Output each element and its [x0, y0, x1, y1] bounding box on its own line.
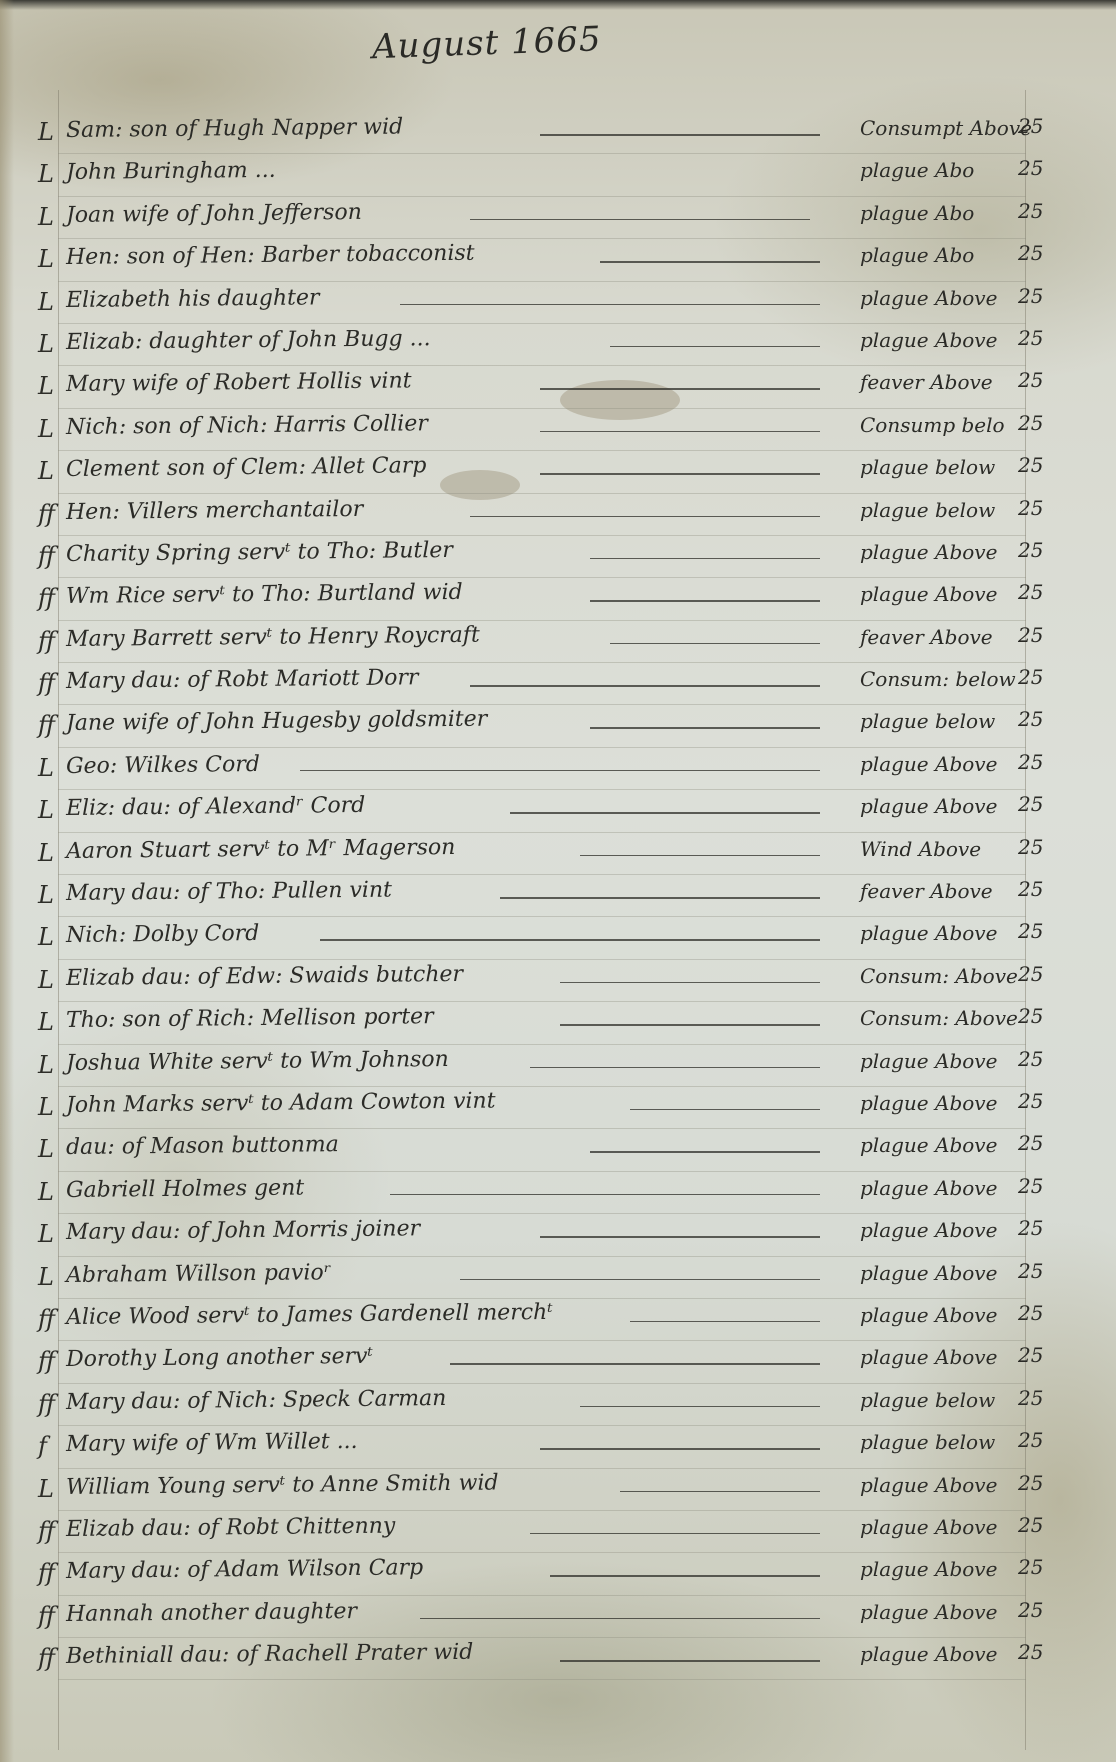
entry-day: 25	[1018, 199, 1043, 223]
entry-cause: Consumpt Above	[860, 116, 1032, 140]
entry-name: Geo: Wilkes Cord	[66, 752, 260, 779]
entry-cause: plague Above	[860, 1176, 997, 1200]
dash-line	[470, 685, 820, 687]
margin-mark: ff	[38, 1602, 60, 1630]
entry-cause: Consum: Above	[860, 964, 1018, 988]
dash-line	[470, 219, 810, 221]
entry-row: LJohn Buringham ...plague Abo25	[0, 154, 1116, 196]
entry-row: ffHen: Villers merchantailorplague below…	[0, 494, 1116, 536]
entry-cause: plague below	[860, 455, 995, 479]
entry-cause: plague Above	[860, 1345, 997, 1369]
dash-line	[580, 1406, 820, 1408]
entry-row: LGeo: Wilkes Cordplague Above25	[0, 748, 1116, 790]
entry-cause: plague Abo	[860, 158, 974, 182]
entry-row: LElizab: daughter of John Bugg ...plague…	[0, 324, 1116, 366]
entry-day: 25	[1018, 623, 1043, 647]
margin-mark: L	[38, 923, 60, 951]
entry-day: 25	[1018, 1259, 1043, 1283]
entry-day: 25	[1018, 538, 1043, 562]
entry-day: 25	[1018, 1598, 1043, 1622]
entry-name: Mary dau: of Adam Wilson Carp	[66, 1556, 423, 1585]
entry-name: Hen: Villers merchantailor	[66, 496, 363, 524]
entry-row: fMary wife of Wm Willet ...plague below2…	[0, 1426, 1116, 1468]
dash-line	[610, 643, 820, 645]
margin-mark: L	[38, 881, 60, 909]
margin-mark: L	[38, 1220, 60, 1248]
entry-cause: plague below	[860, 1430, 995, 1454]
dash-line	[540, 1448, 820, 1450]
entry-name: Mary dau: of Tho: Pullen vint	[66, 878, 392, 906]
dash-line	[590, 558, 820, 560]
entry-day: 25	[1018, 1386, 1043, 1410]
entry-row: LTho: son of Rich: Mellison porterConsum…	[0, 1002, 1116, 1044]
entry-name: Nich: son of Nich: Harris Collier	[66, 411, 428, 440]
margin-mark: L	[38, 457, 60, 485]
entry-row: LMary wife of Robert Hollis vintfeaver A…	[0, 366, 1116, 408]
entry-cause: plague below	[860, 498, 995, 522]
entry-name: Mary dau: of Nich: Speck Carman	[66, 1386, 447, 1415]
entry-row: LElizab dau: of Edw: Swaids butcherConsu…	[0, 960, 1116, 1002]
entry-row: LEliz: dau: of Alexandʳ Cordplague Above…	[0, 790, 1116, 832]
entry-cause: plague Abo	[860, 201, 974, 225]
entry-name: Mary dau: of John Morris joiner	[66, 1216, 420, 1245]
dash-line	[630, 1109, 820, 1111]
entry-name: Dorothy Long another servᵗ	[66, 1344, 373, 1372]
entry-row: LElizabeth his daughterplague Above25	[0, 282, 1116, 324]
entry-name: Bethiniall dau: of Rachell Prater wid	[66, 1640, 474, 1669]
entry-cause: plague Above	[860, 1515, 997, 1539]
dash-line	[590, 600, 820, 602]
entry-day: 25	[1018, 1174, 1043, 1198]
entry-row: ffElizab dau: of Robt Chittennyplague Ab…	[0, 1511, 1116, 1553]
entry-cause: plague Above	[860, 328, 997, 352]
entry-name: Gabriell Holmes gent	[66, 1175, 304, 1202]
margin-mark: ff	[38, 711, 60, 739]
margin-mark: ff	[38, 669, 60, 697]
entry-cause: plague Above	[860, 1091, 997, 1115]
entry-cause: plague Above	[860, 540, 997, 564]
margin-mark: L	[38, 1475, 60, 1503]
entry-name: Hannah another daughter	[66, 1599, 357, 1627]
entry-day: 25	[1018, 496, 1043, 520]
dash-line	[530, 1067, 820, 1069]
margin-mark: L	[38, 1263, 60, 1291]
margin-mark: L	[38, 1051, 60, 1079]
dash-line	[530, 1533, 820, 1535]
entry-name: Joan wife of John Jefferson	[66, 200, 362, 228]
entry-row: LNich: Dolby Cordplague Above25	[0, 917, 1116, 959]
entry-cause: plague Abo	[860, 243, 974, 267]
entry-cause: Consum: Above	[860, 1006, 1018, 1030]
entry-cause: feaver Above	[860, 370, 993, 394]
entry-row: LJoan wife of John Jeffersonplague Abo25	[0, 197, 1116, 239]
entry-cause: plague Above	[860, 1133, 997, 1157]
margin-mark: L	[38, 1178, 60, 1206]
margin-mark: L	[38, 203, 60, 231]
dash-line	[620, 1491, 820, 1493]
dash-line	[300, 770, 820, 772]
margin-mark: L	[38, 1135, 60, 1163]
margin-mark: ff	[38, 1517, 60, 1545]
entry-cause: plague Above	[860, 752, 997, 776]
entry-row: L dau: of Mason buttonmaplague Above25	[0, 1129, 1116, 1171]
entry-day: 25	[1018, 1471, 1043, 1495]
ruled-line	[58, 1679, 1026, 1680]
dash-line	[610, 346, 820, 348]
entry-day: 25	[1018, 580, 1043, 604]
entry-day: 25	[1018, 1640, 1043, 1664]
margin-mark: L	[38, 966, 60, 994]
dash-line	[510, 812, 820, 814]
entry-name: Wm Rice servᵗ to Tho: Burtland wid	[66, 580, 463, 609]
entry-cause: plague Above	[860, 1049, 997, 1073]
dash-line	[540, 1236, 820, 1238]
dash-line	[600, 261, 820, 263]
entry-name: John Marks servᵗ to Adam Cowton vint	[66, 1088, 496, 1117]
entry-row: LClement son of Clem: Allet Carpplague b…	[0, 451, 1116, 493]
entry-cause: Wind Above	[860, 837, 981, 861]
entry-row: ffAlice Wood servᵗ to James Gardenell me…	[0, 1299, 1116, 1341]
dash-line	[630, 1321, 820, 1323]
entry-cause: feaver Above	[860, 879, 993, 903]
entry-day: 25	[1018, 707, 1043, 731]
entry-day: 25	[1018, 114, 1043, 138]
dash-line	[560, 1024, 820, 1026]
entry-row: LWilliam Young servᵗ to Anne Smith widpl…	[0, 1469, 1116, 1511]
entry-row: LHen: son of Hen: Barber tobacconistplag…	[0, 239, 1116, 281]
entry-day: 25	[1018, 750, 1043, 774]
margin-mark: L	[38, 754, 60, 782]
entry-cause: plague Above	[860, 582, 997, 606]
margin-mark: ff	[38, 1305, 60, 1333]
entry-row: ffJane wife of John Hugesby goldsmiterpl…	[0, 705, 1116, 747]
entry-cause: plague Above	[860, 1473, 997, 1497]
entry-cause: feaver Above	[860, 625, 993, 649]
margin-mark: ff	[38, 1390, 60, 1418]
entry-name: Nich: Dolby Cord	[66, 921, 260, 948]
entry-name: Elizabeth his daughter	[66, 285, 320, 313]
margin-mark: L	[38, 330, 60, 358]
entry-cause: plague Above	[860, 1642, 997, 1666]
dash-line	[580, 855, 820, 857]
entry-day: 25	[1018, 1513, 1043, 1537]
entry-name: Mary wife of Wm Willet ...	[66, 1429, 358, 1457]
entry-row: ffMary dau: of Nich: Speck Carmanplague …	[0, 1384, 1116, 1426]
entry-cause: plague below	[860, 709, 995, 733]
entry-day: 25	[1018, 368, 1043, 392]
dash-line	[560, 982, 820, 984]
dash-line	[420, 1618, 820, 1620]
entry-row: ffMary Barrett servᵗ to Henry Roycraftfe…	[0, 621, 1116, 663]
entry-row: LMary dau: of Tho: Pullen vintfeaver Abo…	[0, 875, 1116, 917]
entry-day: 25	[1018, 1089, 1043, 1113]
entry-day: 25	[1018, 284, 1043, 308]
entry-name: Eliz: dau: of Alexandʳ Cord	[66, 793, 366, 821]
entry-name: dau: of Mason buttonma	[66, 1133, 339, 1161]
dash-line	[540, 388, 820, 390]
margin-mark: L	[38, 118, 60, 146]
entry-name: John Buringham ...	[66, 158, 276, 185]
entry-day: 25	[1018, 1555, 1043, 1579]
margin-mark: L	[38, 1093, 60, 1121]
dash-line	[540, 431, 820, 433]
entry-row: LMary dau: of John Morris joinerplague A…	[0, 1214, 1116, 1256]
entry-row: ffCharity Spring servᵗ to Tho: Butlerpla…	[0, 536, 1116, 578]
entry-row: LGabriell Holmes gentplague Above25	[0, 1172, 1116, 1214]
entry-name: Mary Barrett servᵗ to Henry Roycraft	[66, 622, 480, 651]
entry-day: 25	[1018, 453, 1043, 477]
margin-mark: ff	[38, 1347, 60, 1375]
entry-day: 25	[1018, 1047, 1043, 1071]
entry-day: 25	[1018, 1428, 1043, 1452]
entry-name: Mary wife of Robert Hollis vint	[66, 369, 412, 398]
entry-row: ffMary dau: of Robt Mariott DorrConsum: …	[0, 663, 1116, 705]
manuscript-page: August 1665 LSam: son of Hugh Napper wid…	[0, 0, 1116, 1762]
entry-name: Joshua White servᵗ to Wm Johnson	[66, 1047, 449, 1076]
entry-day: 25	[1018, 919, 1043, 943]
entry-day: 25	[1018, 1343, 1043, 1367]
entry-cause: plague Above	[860, 794, 997, 818]
dash-line	[470, 516, 820, 518]
burial-entries: LSam: son of Hugh Napper widConsumpt Abo…	[0, 112, 1116, 1680]
page-top-edge	[0, 0, 1116, 10]
entry-name: Elizab dau: of Edw: Swaids butcher	[66, 962, 463, 991]
margin-mark: L	[38, 796, 60, 824]
entry-row: LJohn Marks servᵗ to Adam Cowton vintpla…	[0, 1087, 1116, 1129]
entry-name: Alice Wood servᵗ to James Gardenell merc…	[66, 1300, 553, 1330]
entry-name: Elizab: daughter of John Bugg ...	[66, 326, 431, 355]
entry-name: Sam: son of Hugh Napper wid	[66, 114, 403, 143]
entry-name: Abraham Willson pavioʳ	[66, 1260, 332, 1288]
page-heading: August 1665	[371, 17, 672, 67]
entry-row: ffBethiniall dau: of Rachell Prater widp…	[0, 1638, 1116, 1680]
margin-mark: ff	[38, 500, 60, 528]
entry-name: Jane wife of John Hugesby goldsmiter	[66, 707, 487, 736]
entry-day: 25	[1018, 1131, 1043, 1155]
entry-day: 25	[1018, 411, 1043, 435]
entry-day: 25	[1018, 1301, 1043, 1325]
entry-name: Hen: son of Hen: Barber tobacconist	[66, 241, 475, 270]
margin-mark: L	[38, 1008, 60, 1036]
entry-cause: plague Above	[860, 1261, 997, 1285]
dash-line	[450, 1363, 820, 1365]
dash-line	[500, 897, 820, 899]
entry-cause: plague Above	[860, 1303, 997, 1327]
dash-line	[400, 304, 820, 306]
entry-cause: plague Above	[860, 921, 997, 945]
entry-row: LJoshua White servᵗ to Wm Johnsonplague …	[0, 1045, 1116, 1087]
entry-day: 25	[1018, 1004, 1043, 1028]
entry-day: 25	[1018, 792, 1043, 816]
entry-day: 25	[1018, 962, 1043, 986]
dash-line	[540, 134, 820, 136]
entry-row: LAaron Stuart servᵗ to Mʳ MagersonWind A…	[0, 833, 1116, 875]
entry-day: 25	[1018, 665, 1043, 689]
dash-line	[590, 1151, 820, 1153]
entry-row: ffDorothy Long another servᵗplague Above…	[0, 1341, 1116, 1383]
entry-day: 25	[1018, 156, 1043, 180]
entry-cause: plague below	[860, 1388, 995, 1412]
entry-name: Clement son of Clem: Allet Carp	[66, 453, 427, 482]
dash-line	[590, 727, 820, 729]
dash-line	[460, 1279, 820, 1281]
dash-line	[540, 473, 820, 475]
dash-line	[550, 1575, 820, 1577]
margin-mark: ff	[38, 1644, 60, 1672]
entry-day: 25	[1018, 326, 1043, 350]
margin-mark: L	[38, 372, 60, 400]
entry-row: ffHannah another daughterplague Above25	[0, 1596, 1116, 1638]
margin-mark: L	[38, 288, 60, 316]
entry-name: Aaron Stuart servᵗ to Mʳ Magerson	[66, 835, 456, 864]
entry-name: William Young servᵗ to Anne Smith wid	[66, 1470, 499, 1500]
margin-mark: L	[38, 415, 60, 443]
margin-mark: L	[38, 160, 60, 188]
entry-row: LSam: son of Hugh Napper widConsumpt Abo…	[0, 112, 1116, 154]
margin-mark: ff	[38, 627, 60, 655]
dash-line	[390, 1194, 820, 1196]
entry-name: Mary dau: of Robt Mariott Dorr	[66, 665, 419, 694]
entry-row: ffWm Rice servᵗ to Tho: Burtland widplag…	[0, 578, 1116, 620]
entry-name: Charity Spring servᵗ to Tho: Butler	[66, 538, 453, 567]
margin-mark: ff	[38, 542, 60, 570]
entry-day: 25	[1018, 241, 1043, 265]
margin-mark: f	[38, 1432, 60, 1460]
entry-day: 25	[1018, 1216, 1043, 1240]
margin-mark: ff	[38, 584, 60, 612]
entry-row: LAbraham Willson pavioʳplague Above25	[0, 1257, 1116, 1299]
entry-row: LNich: son of Nich: Harris CollierConsum…	[0, 409, 1116, 451]
entry-name: Elizab dau: of Robt Chittenny	[66, 1513, 396, 1541]
entry-row: ffMary dau: of Adam Wilson Carpplague Ab…	[0, 1553, 1116, 1595]
margin-mark: L	[38, 245, 60, 273]
margin-mark: ff	[38, 1559, 60, 1587]
entry-cause: plague Above	[860, 1557, 997, 1581]
entry-cause: plague Above	[860, 286, 997, 310]
entry-day: 25	[1018, 835, 1043, 859]
dash-line	[560, 1660, 820, 1662]
entry-name: Tho: son of Rich: Mellison porter	[66, 1004, 434, 1033]
entry-cause: plague Above	[860, 1218, 997, 1242]
entry-cause: Consump belo	[860, 413, 1005, 437]
dash-line	[320, 939, 820, 941]
entry-day: 25	[1018, 877, 1043, 901]
margin-mark: L	[38, 839, 60, 867]
entry-cause: plague Above	[860, 1600, 997, 1624]
entry-cause: Consum: below	[860, 667, 1016, 691]
